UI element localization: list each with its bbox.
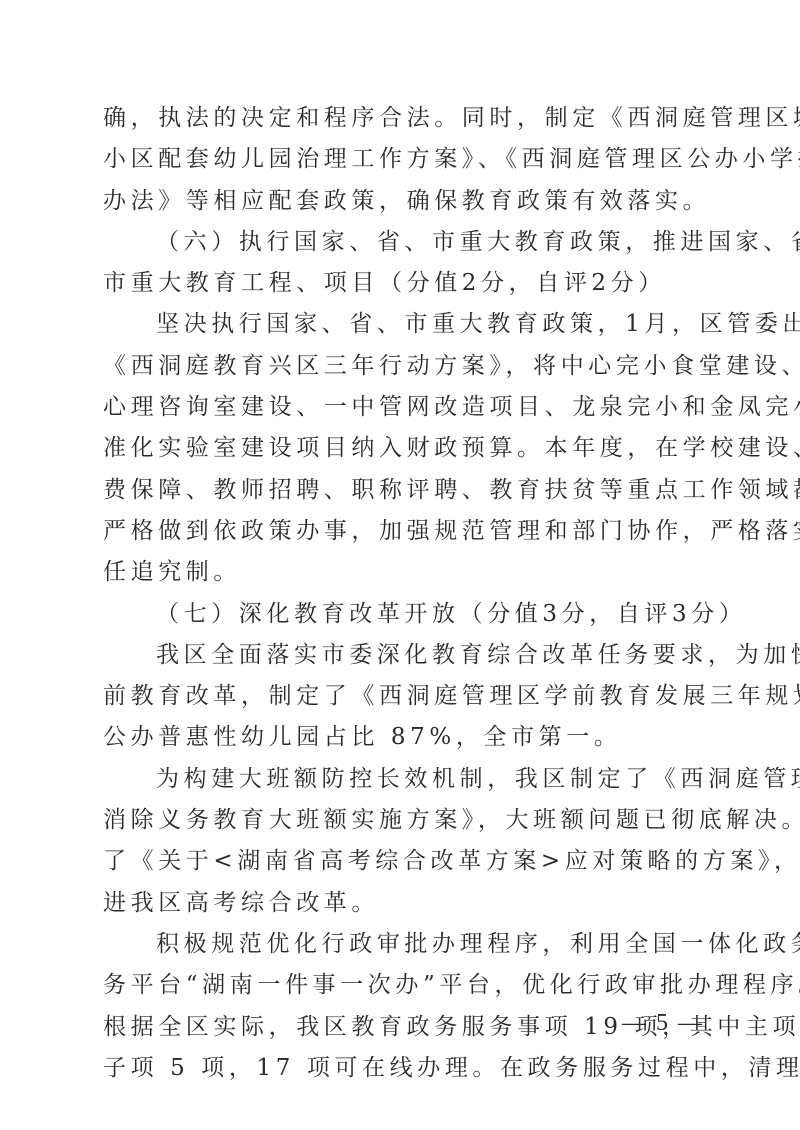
text-line: 确，执法的决定和程序合法。同时，制定《西洞庭管理区城镇 [103, 98, 693, 139]
text-line: 小区配套幼儿园治理工作方案》、《西洞庭管理区公办小学招生 [103, 139, 693, 180]
paragraph-start: 积极规范优化行政审批办理程序，利用全国一体化政务服 [103, 924, 693, 965]
text-line: 子项 5 项，17 项可在线办理。在政务服务过程中，清理并取消 [103, 1048, 693, 1089]
text-line: 公办普惠性幼儿园占比 87%，全市第一。 [103, 717, 693, 758]
text-line: 费保障、教师招聘、职称评聘、教育扶贫等重点工作领域都能 [103, 470, 693, 511]
paragraph-start: 为构建大班额防控长效机制，我区制定了《西洞庭管理区 [103, 759, 693, 800]
text-line: 办法》等相应配套政策，确保教育政策有效落实。 [103, 181, 693, 222]
section-heading-6: （六）执行国家、省、市重大教育政策，推进国家、省、 [103, 222, 693, 263]
paragraph-start: 我区全面落实市委深化教育综合改革任务要求，为加快学 [103, 635, 693, 676]
text-line: 任追究制。 [103, 552, 693, 593]
text-line: 了《关于<湖南省高考综合改革方案>应对策略的方案》，稳妥推 [103, 841, 693, 882]
section-heading-6-cont: 市重大教育工程、项目（分值2分，自评2分） [103, 263, 693, 304]
text-line: 根据全区实际，我区教育政务服务事项 19 项，其中主项 14 项 ， [103, 1007, 693, 1048]
text-line: 准化实验室建设项目纳入财政预算。本年度，在学校建设、经 [103, 428, 693, 469]
text-line: 《西洞庭教育兴区三年行动方案》，将中心完小食堂建设、一中 [103, 346, 693, 387]
paragraph-start: 坚决执行国家、省、市重大教育政策，1月，区管委出台了 [103, 304, 693, 345]
text-line: 心理咨询室建设、一中管网改造项目、龙泉完小和金凤完小标 [103, 387, 693, 428]
text-line: 进我区高考综合改革。 [103, 883, 693, 924]
text-line: 消除义务教育大班额实施方案》，大班额问题已彻底解决。制定 [103, 800, 693, 841]
page-number: — 5 — [622, 1010, 704, 1037]
document-body: 确，执法的决定和程序合法。同时，制定《西洞庭管理区城镇 小区配套幼儿园治理工作方… [103, 98, 693, 1089]
section-heading-7: （七）深化教育改革开放（分值3分，自评3分） [103, 594, 693, 635]
text-line: 务平台“湖南一件事一次办”平台，优化行政审批办理程序。 [103, 965, 693, 1006]
text-line: 严格做到依政策办事，加强规范管理和部门协作，严格落实责 [103, 511, 693, 552]
text-line: 前教育改革，制定了《西洞庭管理区学前教育发展三年规划》， [103, 676, 693, 717]
